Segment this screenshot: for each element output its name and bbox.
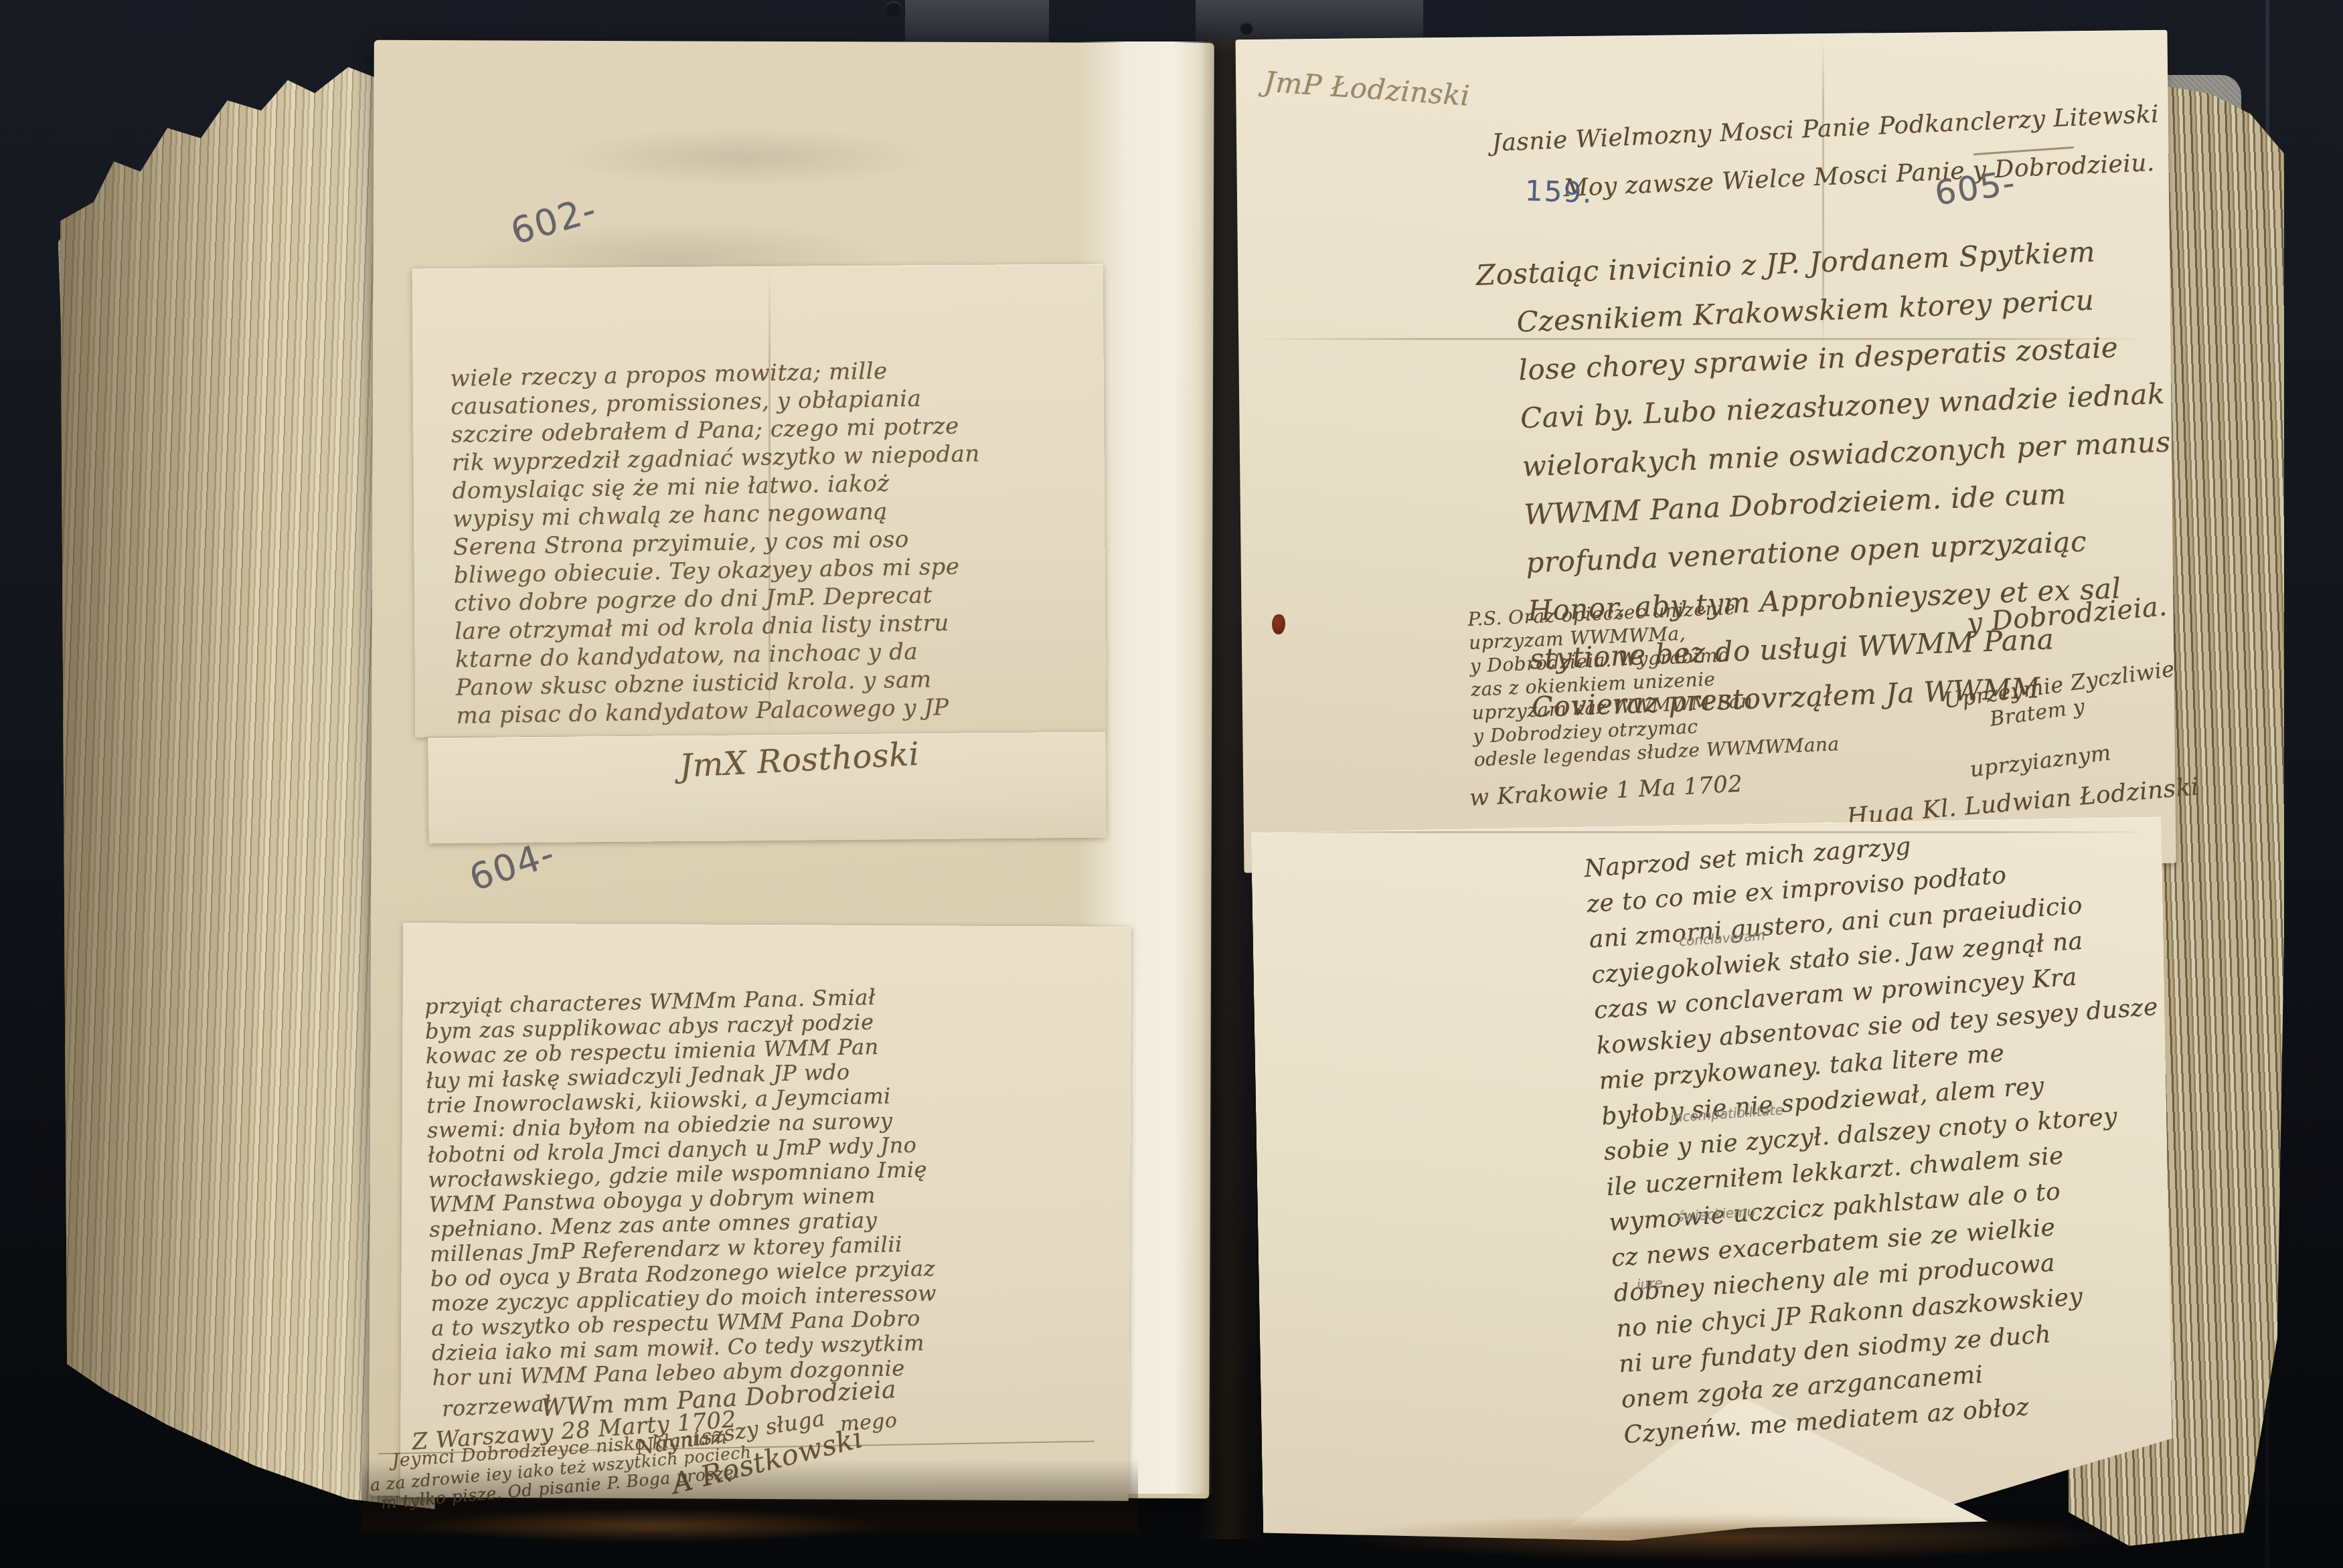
- bleedthrough-smudge: [556, 127, 931, 187]
- folio-number-159: 159.: [1524, 174, 1593, 209]
- bottom-reflection: [415, 1509, 884, 1543]
- manuscript-photo: 602- wiele rzeczy a propos mowitza; mill…: [0, 0, 2343, 1568]
- pencil-note: iure: [1636, 1275, 1663, 1293]
- clamp-screw: [1240, 21, 1253, 35]
- bottom-reflection: [1332, 1514, 2122, 1561]
- letter3-postscript: P.S. Oraz opieczec unizenieuprzyzam WWMW…: [1467, 592, 1840, 772]
- letter2-text: przyiąt characteres WMMm Pana. Smiałbym …: [424, 984, 939, 1391]
- clamp-hole: [885, 1, 902, 16]
- letter1-text: wiele rzeczy a propos mowitza; millecaus…: [450, 355, 984, 730]
- letter4-text: Naprzod set mich zagrzygze to co mie ex …: [1583, 812, 2187, 1453]
